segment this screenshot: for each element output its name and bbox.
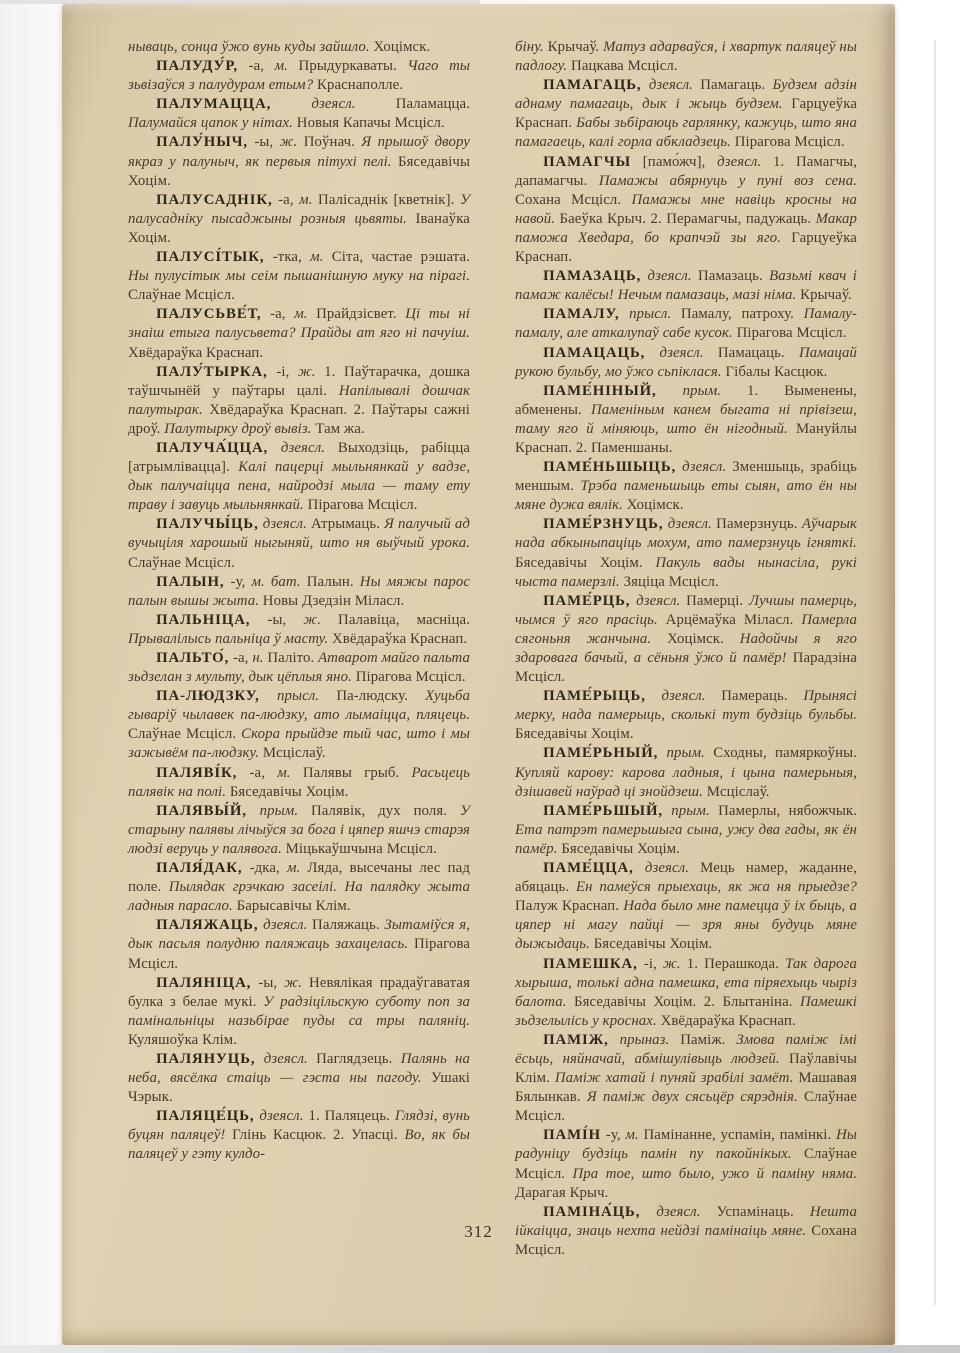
headword: ПАЛУ́ТЫРКА, <box>156 364 268 380</box>
example-text: дзеясл. <box>258 917 307 933</box>
definition-text: -а, <box>237 765 277 781</box>
example-text: Палумайся цапок у нітах. <box>128 115 293 131</box>
example-text: дзеясл. <box>717 154 761 170</box>
definition-text: -а, <box>238 58 275 74</box>
headword: ПАМАГЧЫ <box>543 154 631 170</box>
example-text: Паміж хатай і пуняй зрабілі замёт. <box>555 1070 794 1086</box>
definition-text: Сохана Мсцісл. <box>515 192 632 208</box>
dictionary-entry: ПАМАГЧЫ [памо́жч], дзеясл. 1. Памагчы, д… <box>515 153 857 268</box>
dictionary-entry: біну. Крычаў. Матуз адарваўся, і хвартук… <box>515 38 857 76</box>
dictionary-entry: ПАМІ́Н -у, м. Памінанне, успамін, памінк… <box>515 1126 857 1202</box>
definition-text: Пацкава Мсцісл. <box>567 58 677 74</box>
example-text: прысл. <box>619 306 671 322</box>
definition-text: Паміж. <box>669 1032 736 1048</box>
example-text: Ны пулусітык мы сеім пышанішную муку на … <box>128 268 470 284</box>
dictionary-entry: ПА-ЛЮДЗКУ, прысл. Па-людску. Хуцьба гыва… <box>128 687 470 763</box>
headword: ПАЛУСІ́ТЫК, <box>156 249 264 265</box>
definition-text: Бяседавічы Хоцім. <box>590 936 712 952</box>
headword: ПАМЕ́РЬНЫЙ, <box>543 745 658 761</box>
dictionary-entry: ПАЛУМАЦЦА, дзеясл. Паламацца. Палумайся … <box>128 95 470 133</box>
definition-text: Бяседавічы Хоцім. <box>515 726 634 742</box>
dictionary-entry: ПАМІЖ, прыназ. Паміж. Змова паміж імі ёс… <box>515 1031 857 1126</box>
definition-text: Хоцімск. <box>623 497 684 513</box>
definition-text: Бяседавічы Хоцім. <box>515 555 655 571</box>
headword: ПАЛЫН, <box>156 574 224 590</box>
headword: ПАЛУСАДНІК, <box>156 192 273 208</box>
dictionary-entry: ПАМЕ́НІНЫЙ, прым. 1. Выменены, абменены.… <box>515 382 857 458</box>
definition-text: Паліто. <box>264 650 319 666</box>
definition-text: Палісаднік [кветнік]. <box>313 192 460 208</box>
dictionary-entry: ПАЛЯЦЕ́ЦЬ, дзеясл. 1. Паляцець. Глядзі, … <box>128 1107 470 1164</box>
definition-text: -а, <box>273 192 300 208</box>
definition-text: Пірагова Мсцісл. <box>304 497 418 513</box>
example-text: дзеясл. <box>663 516 711 532</box>
scan-edge-bottom <box>0 1345 960 1353</box>
definition-text: Зяціца Мсцісл. <box>620 574 719 590</box>
example-text: н. <box>252 650 263 666</box>
definition-text: Палын. <box>301 574 360 590</box>
headword: ПАМАГАЦЬ, <box>543 77 641 93</box>
definition-text: Крычаў. <box>796 287 851 303</box>
example-text: м. <box>310 249 323 265</box>
dictionary-entry: ПАЛУЧЫ́ЦЬ, дзеясл. Атрымаць. Я палучый а… <box>128 515 470 572</box>
definition-text: Памагаць. <box>693 77 773 93</box>
headword: ПАЛУМАЦЦА, <box>156 96 271 112</box>
example-text: дзеясл. <box>268 440 325 456</box>
dictionary-entry: ПАЛУЧА́ЦЦА, дзеясл. Выходзіць, рабіцца [… <box>128 439 470 515</box>
definition-text: Памерці. <box>680 593 749 609</box>
definition-text: Хоцімск. <box>651 631 740 647</box>
definition-text: Памераць. <box>706 688 804 704</box>
definition-text: -і, <box>268 364 298 380</box>
definition-text: -а, <box>261 306 294 322</box>
headword: ПАЛУСЬВЕ́Т, <box>156 306 261 322</box>
example-text: дзеясл. <box>646 688 706 704</box>
definition-text: Баеўка Крыч. 2. Перамагчы, падужаць. <box>555 211 816 227</box>
headword: ПАЛУ́НЫЧ, <box>156 134 248 150</box>
definition-text: Краснаполле. <box>313 77 403 93</box>
headword: ПАМЕ́НІНЫЙ, <box>543 383 657 399</box>
definition-text: -і, <box>638 956 663 972</box>
definition-text: Бяседавічы Хоцім. 2. Блытаніна. <box>567 994 800 1010</box>
definition-text: Палявік, дух поля. <box>298 803 460 819</box>
dictionary-entry: ПАЛУДУ́Р, -а, м. Прыдуркаваты. Чаго ты з… <box>128 57 470 95</box>
example-text: Памажы абярнуць у пуні воз сена. <box>599 173 857 189</box>
example-text: ж. <box>298 364 316 380</box>
example-text: прым. <box>658 745 705 761</box>
example-text: прым. <box>657 383 721 399</box>
dictionary-entry: ПАМАЛУ, прысл. Памалу, патроху. Памалу-п… <box>515 305 857 343</box>
definition-text: -дка, <box>243 860 287 876</box>
definition-text: Палавіца, масніца. <box>321 612 470 628</box>
definition-text: Атрымаць. <box>307 516 384 532</box>
example-text: дзеясл. <box>634 860 689 876</box>
dictionary-entry: ПАЛУСАДНІК, -а, м. Палісаднік [кветнік].… <box>128 191 470 248</box>
definition-text: Сіта, частае рэшата. <box>324 249 471 265</box>
definition-text: -у, <box>224 574 251 590</box>
example-text: біну. <box>515 39 544 55</box>
headword: ПАМІЖ, <box>543 1032 609 1048</box>
headword: ПАЛЯЖАЦЬ, <box>156 917 258 933</box>
dictionary-entry: ПАЛЯВІ́К, -а, м. Палявы грыб. Расьцець п… <box>128 764 470 802</box>
definition-text: Мсціслаў. <box>259 745 326 761</box>
example-text: прым. <box>247 803 298 819</box>
example-text: ж. <box>280 134 298 150</box>
definition-text: Палявы грыб. <box>291 765 412 781</box>
definition-text: Пірагова Мсцісл. <box>731 134 845 150</box>
definition-text: Міцькаўшчына Мсцісл. <box>282 841 437 857</box>
definition-text: Слаўнае Мсцісл. <box>128 287 235 303</box>
definition-text: Слаўнае Мсцісл. <box>128 555 235 571</box>
dictionary-entry: ПАМЕ́РЬНЫЙ, прым. Сходны, памяркоўны. Ку… <box>515 744 857 801</box>
example-text: ж. <box>663 956 681 972</box>
headword: ПАМЕШКА, <box>543 956 638 972</box>
definition-text: Палуж Краснап. <box>515 898 623 914</box>
dictionary-entry: ПАЛУ́ТЫРКА, -і, ж. 1. Паўтарачка, дошка … <box>128 363 470 439</box>
example-text: Я паміж двух сясьцёр сярэднія. <box>587 1089 798 1105</box>
definition-text: Дарагая Крыч. <box>515 1185 608 1201</box>
definition-text: Там жа. <box>312 421 365 437</box>
example-text: нываць, сонца ўжо вунь куды зайшло. <box>128 39 370 55</box>
example-text: м. <box>275 58 288 74</box>
headword: ПАМАЛУ, <box>543 306 619 322</box>
headword: ПАЛУЧЫ́ЦЬ, <box>156 516 259 532</box>
scanned-page-background: нываць, сонца ўжо вунь куды зайшло. Хоці… <box>0 0 960 1353</box>
dictionary-entry: ПАМЕ́РЫЦЬ, дзеясл. Памераць. Прынясі мер… <box>515 687 857 744</box>
definition-text: 1. Паляцець. <box>304 1108 395 1124</box>
definition-text: Хоцімск. <box>370 39 431 55</box>
dictionary-entry: ПАЛЯ́ДАК, -дка, м. Ляда, высечаны лес па… <box>128 859 470 916</box>
headword: ПАЛЯ́ДАК, <box>156 860 242 876</box>
definition-text: Пірагова Мсцісл. <box>733 325 847 341</box>
example-text: дзеясл. <box>630 593 680 609</box>
definition-text: -тка, <box>264 249 310 265</box>
dictionary-entry: ПАЛУСЬВЕ́Т, -а, м. Прайдзісвет. Ці ты ні… <box>128 305 470 362</box>
example-text: дзеясл. <box>641 268 691 284</box>
definition-text: -ы, <box>248 134 280 150</box>
headword: ПАЛУДУ́Р, <box>156 58 238 74</box>
headword: ПАМЕ́РЦЬ, <box>543 593 630 609</box>
headword: ПАМЕ́РЬШЫЙ, <box>543 803 663 819</box>
headword: ПАЛУЧА́ЦЦА, <box>156 440 268 456</box>
definition-text: Памерлы, нябожчык. <box>710 803 857 819</box>
definition-text: Успамінаць. <box>701 1204 810 1220</box>
dictionary-entry: ПАМЕ́РЦЬ, дзеясл. Памерці. Лучшы памерць… <box>515 592 857 687</box>
example-text: дзеясл. <box>640 1204 700 1220</box>
headword: ПАЛЯЦЕ́ЦЬ, <box>156 1108 254 1124</box>
example-text: ж. <box>284 975 302 991</box>
headword: ПАМЕ́НЬШЫЦЬ, <box>543 459 676 475</box>
dictionary-column-left: нываць, сонца ўжо вунь куды зайшло. Хоці… <box>128 38 470 1165</box>
definition-text: Бяседавічы Хоцім. <box>558 841 680 857</box>
headword: ПАМАЦАЦЬ, <box>543 345 645 361</box>
example-text: дзеясл. <box>676 459 726 475</box>
example-text: Ен памеўся прыехаць, як жа ня прыедзе? <box>576 879 857 895</box>
dictionary-entry: ПАЛЬТО́, -а, н. Паліто. Атварот майго па… <box>128 649 470 687</box>
definition-text: 1. Перашкода. <box>681 956 785 972</box>
example-text: м. <box>625 1127 638 1143</box>
definition-text: Памерзнуць. <box>712 516 802 532</box>
definition-text: [памо́жч], <box>631 154 717 170</box>
dictionary-entry: нываць, сонца ўжо вунь куды зайшло. Хоці… <box>128 38 470 57</box>
headword: ПАМЕ́РЗНУЦЬ, <box>543 516 663 532</box>
definition-text: Гібалы Касцюк. <box>722 364 828 380</box>
dictionary-entry: ПАМЕ́НЬШЫЦЬ, дзеясл. Зменшыць, зрабіць м… <box>515 458 857 515</box>
headword: ПАМАЗАЦЬ, <box>543 268 641 284</box>
dictionary-entry: ПАМЕ́ЦЦА, дзеясл. Мець намер, жаданне, а… <box>515 859 857 954</box>
definition-text: -у, <box>601 1127 625 1143</box>
definition-text: Пірагова Мсцісл. <box>352 669 466 685</box>
definition-text: Паламацца. <box>356 96 470 112</box>
definition-text: Слаўнае Мсцісл. <box>128 726 241 742</box>
definition-text: Паляжаць. <box>307 917 384 933</box>
example-text: Пра тое, што было, ужо й паміну няма. <box>573 1166 857 1182</box>
headword: ПАЛЯВІ́К, <box>156 765 237 781</box>
definition-text: Поўнач. <box>297 134 361 150</box>
headword: ПАЛЯНУЦЬ, <box>156 1051 255 1067</box>
definition-text: -ы, <box>251 975 284 991</box>
definition-text: Мсціслаў. <box>703 784 770 800</box>
example-text: м. бат. <box>251 574 300 590</box>
definition-text: Памацаць. <box>704 345 799 361</box>
example-text: дзеясл. <box>255 1108 304 1124</box>
headword: ПАЛЯНІЦА, <box>156 975 251 991</box>
definition-text: Глінь Касцюк. 2. Упасці. <box>225 1127 404 1143</box>
definition-text: Крычаў. <box>544 39 603 55</box>
dictionary-entry: ПАМЕ́РЗНУЦЬ, дзеясл. Памерзнуць. Аўчарык… <box>515 515 857 591</box>
example-text: м. <box>294 306 307 322</box>
page-number: 312 <box>62 1222 895 1242</box>
example-text: м. <box>299 192 312 208</box>
dictionary-entry: ПАМАЦАЦЬ, дзеясл. Памацаць. Памацай руко… <box>515 344 857 382</box>
headword: ПАЛЯВЫ́Й, <box>156 803 247 819</box>
definition-text: Паглядзець. <box>308 1051 401 1067</box>
example-text: прысл. <box>260 688 319 704</box>
dictionary-entry: ПАЛУ́НЫЧ, -ы, ж. Поўнач. Я прышоў двору … <box>128 133 470 190</box>
headword: ПА-ЛЮДЗКУ, <box>156 688 260 704</box>
dictionary-entry: ПАЛУСІ́ТЫК, -тка, м. Сіта, частае рэшата… <box>128 248 470 305</box>
book-page: нываць, сонца ўжо вунь куды зайшло. Хоці… <box>62 4 895 1345</box>
dictionary-entry: ПАЛЯНУЦЬ, дзеясл. Паглядзець. Палянь на … <box>128 1050 470 1107</box>
example-text: м. <box>277 765 290 781</box>
dictionary-entry: ПАЛЯЖАЦЬ, дзеясл. Паляжаць. Зытаміўся я,… <box>128 916 470 973</box>
definition-text: Прайдзісвет. <box>308 306 406 322</box>
definition-text: Барысавічы Клім. <box>233 898 351 914</box>
definition-text: Новы Дзедзін Міласл. <box>259 593 404 609</box>
example-text: прым. <box>663 803 710 819</box>
headword: ПАЛЬНІЦА, <box>156 612 250 628</box>
definition-text: Сходны, памяркоўны. <box>705 745 857 761</box>
example-text: Палутырку дроў вывіз. <box>164 421 311 437</box>
example-text: Купляй карову: карова ладныя, і цына пам… <box>515 765 857 800</box>
dictionary-entry: ПАМАЗАЦЬ, дзеясл. Памазаць. Вазьмі квач … <box>515 267 857 305</box>
page-stack-edge <box>934 40 936 1305</box>
headword: ПАМЕ́ЦЦА, <box>543 860 634 876</box>
dictionary-column-right: біну. Крычаў. Матуз адарваўся, і хвартук… <box>515 38 857 1260</box>
definition-text: Куляшоўка Клім. <box>128 1032 237 1048</box>
dictionary-entry: ПАМЕ́РЬШЫЙ, прым. Памерлы, нябожчык. Ета… <box>515 802 857 859</box>
definition-text: -а, <box>229 650 252 666</box>
dictionary-entry: ПАЛЬНІЦА, -ы, ж. Палавіца, масніца. Прыв… <box>128 611 470 649</box>
definition-text: Арцёмаўка Міласл. <box>658 612 802 628</box>
definition-text: Бяседавічы Хоцім. <box>226 784 348 800</box>
definition-text: Памінанне, успамін, памінкі. <box>639 1127 836 1143</box>
definition-text: Хвёдараўка Краснап. <box>657 1013 796 1029</box>
headword: ПАЛЬТО́, <box>156 650 229 666</box>
headword: ПАМІНА́ЦЬ, <box>543 1204 640 1220</box>
definition-text: Хвёдараўка Краснап. <box>128 345 263 361</box>
dictionary-entry: ПАЛЯВЫ́Й, прым. Палявік, дух поля. У ста… <box>128 802 470 859</box>
definition-text: -ы, <box>250 612 303 628</box>
definition-text: Памазаць. <box>692 268 769 284</box>
dictionary-entry: ПАМЕШКА, -і, ж. 1. Перашкода. Так дарога… <box>515 955 857 1031</box>
example-text: дзеясл. <box>255 1051 307 1067</box>
example-text: ж. <box>303 612 321 628</box>
example-text: прыназ. <box>609 1032 670 1048</box>
definition-text: Памалу, патроху. <box>671 306 803 322</box>
dictionary-entry: ПАЛЯНІЦА, -ы, ж. Невялікая прадаўгаватая… <box>128 974 470 1050</box>
example-text: м. <box>287 860 300 876</box>
definition-text: Па-людску. <box>319 688 425 704</box>
definition-text: Хвёдараўка Краснап. <box>328 631 467 647</box>
definition-text: Новыя Капачы Мсцісл. <box>293 115 445 131</box>
example-text: Прывалілысь пальніца ў масту. <box>128 631 328 647</box>
example-text: дзеясл. <box>642 77 693 93</box>
example-text: дзеясл. <box>645 345 703 361</box>
headword: ПАМІ́Н <box>543 1127 601 1143</box>
headword: ПАМЕ́РЫЦЬ, <box>543 688 646 704</box>
dictionary-entry: ПАМАГАЦЬ, дзеясл. Памагаць. Будзем адзін… <box>515 76 857 152</box>
example-text: дзеясл. <box>271 96 355 112</box>
definition-text: Прыдуркаваты. <box>288 58 407 74</box>
dictionary-entry: ПАЛЫН, -у, м. бат. Палын. Ны мяжы парос … <box>128 573 470 611</box>
example-text: дзеясл. <box>259 516 307 532</box>
